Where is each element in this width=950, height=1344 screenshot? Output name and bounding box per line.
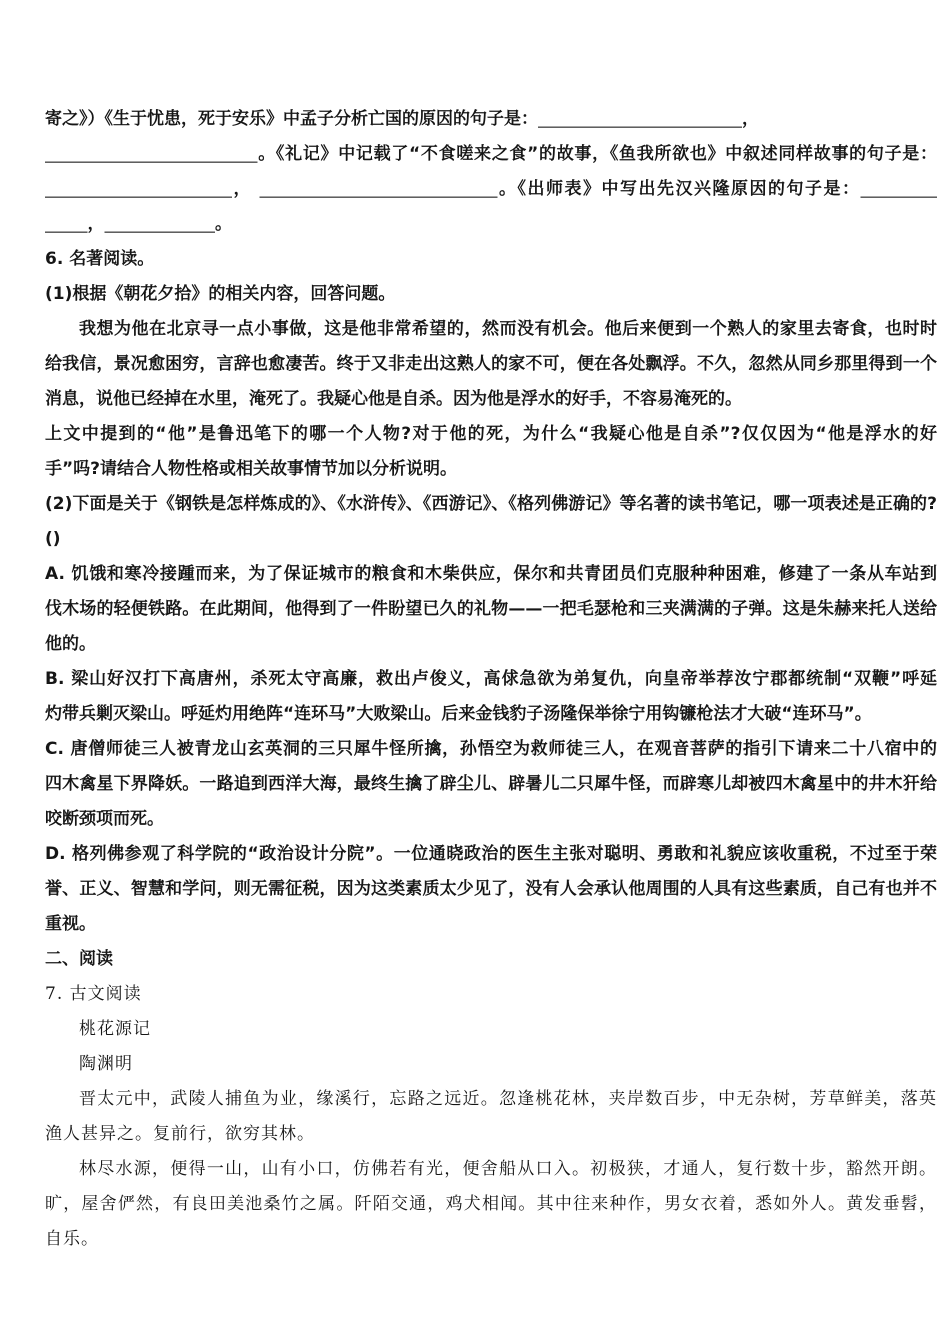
text-line: D. 格列佛参观了科学院的“政治设计分院”。一位通晓政治的医生主张对聪明、勇敢和… — [45, 837, 937, 872]
text-line: 灼带兵剿灭梁山。呼延灼用绝阵“连环马”大败梁山。后来金钱豹子汤隆保举徐宁用钩镰枪… — [45, 697, 937, 732]
text-line: A. 饥饿和寒冷接踵而来，为了保证城市的粮食和木柴供应，保尔和共青团员们克服种种… — [45, 557, 937, 592]
text-line: 伐木场的轻便铁路。在此期间，他得到了一件盼望已久的礼物——一把毛瑟枪和三夹满满的… — [45, 592, 937, 627]
text-line: 给我信，景况愈困穷，言辞也愈凄苦。终于又非走出这熟人的家不可，便在各处飘浮。不久… — [45, 347, 937, 382]
text-line: 上文中提到的“他”是鲁迅笔下的哪一个人物?对于他的死，为什么“我疑心他是自杀”?… — [45, 417, 937, 452]
text-line: 晋太元中，武陵人捕鱼为业，缘溪行，忘路之远近。忽逢桃花林，夹岸数百步，中无杂树，… — [45, 1082, 937, 1117]
text-line: 6. 名著阅读。 — [45, 242, 937, 277]
fill-in-blank: _________________________ — [45, 144, 258, 164]
text-line: 桃花源记 — [45, 1012, 937, 1047]
text-line: 誉、正义、智慧和学问，则无需征税，因为这类素质太少见了，没有人会承认他周围的人具… — [45, 872, 937, 907]
document-body: 寄之》）《生于忧患，死于安乐》中孟子分析亡国的原因的句子是：__________… — [0, 0, 950, 1257]
text-line: 我想为他在北京寻一点小事做，这是他非常希望的，然而没有机会。他后来便到一个熟人的… — [45, 312, 937, 347]
text-line: 四木禽星下界降妖。一路追到西洋大海，最终生擒了辟尘儿、辟暑儿二只犀牛怪，而辟寒儿… — [45, 767, 937, 802]
fill-in-blank: ____________________________ — [259, 179, 497, 199]
text-line: 二、阅读 — [45, 942, 937, 977]
text-line: 咬断颈项而死。 — [45, 802, 937, 837]
text-line: 7. 古文阅读 — [45, 977, 937, 1012]
text-line: 寄之》）《生于忧患，死于安乐》中孟子分析亡国的原因的句子是：__________… — [45, 102, 937, 137]
text-line: C. 唐僧师徒三人被青龙山玄英洞的三只犀牛怪所擒，孙悟空为救师徒三人，在观音菩萨… — [45, 732, 937, 767]
fill-in-blank: _____________ — [105, 214, 216, 234]
text-line: 他的。 — [45, 627, 937, 662]
text-line: _____，_____________。 — [45, 207, 937, 242]
fill-in-blank: ________________________ — [538, 109, 742, 129]
text-line: 重视。 — [45, 907, 937, 942]
exam-page: 寄之》）《生于忧患，死于安乐》中孟子分析亡国的原因的句子是：__________… — [0, 0, 950, 1257]
text-line: 陶渊明 — [45, 1047, 937, 1082]
text-line: 自乐。 — [45, 1222, 937, 1257]
text-line: B. 梁山好汉打下高唐州，杀死太守高廉，救出卢俊义，高俅急欲为弟复仇，向皇帝举荐… — [45, 662, 937, 697]
text-line: (2)下面是关于《钢铁是怎样炼成的》、《水浒传》、《西游记》、《格列佛游记》等名… — [45, 487, 937, 522]
text-line: 渔人甚异之。复前行，欲穷其林。 — [45, 1117, 937, 1152]
text-line: 林尽水源，便得一山，山有小口，仿佛若有光，便舍船从口入。初极狭，才通人，复行数十… — [45, 1152, 937, 1187]
text-line: () — [45, 522, 937, 557]
fill-in-blank: _____ — [45, 214, 88, 234]
text-line: (1)根据《朝花夕拾》的相关内容，回答问题。 — [45, 277, 937, 312]
text-line: 消息，说他已经掉在水里，淹死了。我疑心他是自杀。因为他是浮水的好手，不容易淹死的… — [45, 382, 937, 417]
fill-in-blank: ______________________ — [45, 179, 232, 199]
text-line: 旷，屋舍俨然，有良田美池桑竹之属。阡陌交通，鸡犬相闻。其中往来种作，男女衣着，悉… — [45, 1187, 937, 1222]
text-line: 手”吗?请结合人物性格或相关故事情节加以分析说明。 — [45, 452, 937, 487]
fill-in-blank: _________ — [861, 179, 937, 199]
text-line: _________________________。《礼记》中记载了“不食嗟来之… — [45, 137, 937, 172]
text-line: ______________________， ________________… — [45, 172, 937, 207]
